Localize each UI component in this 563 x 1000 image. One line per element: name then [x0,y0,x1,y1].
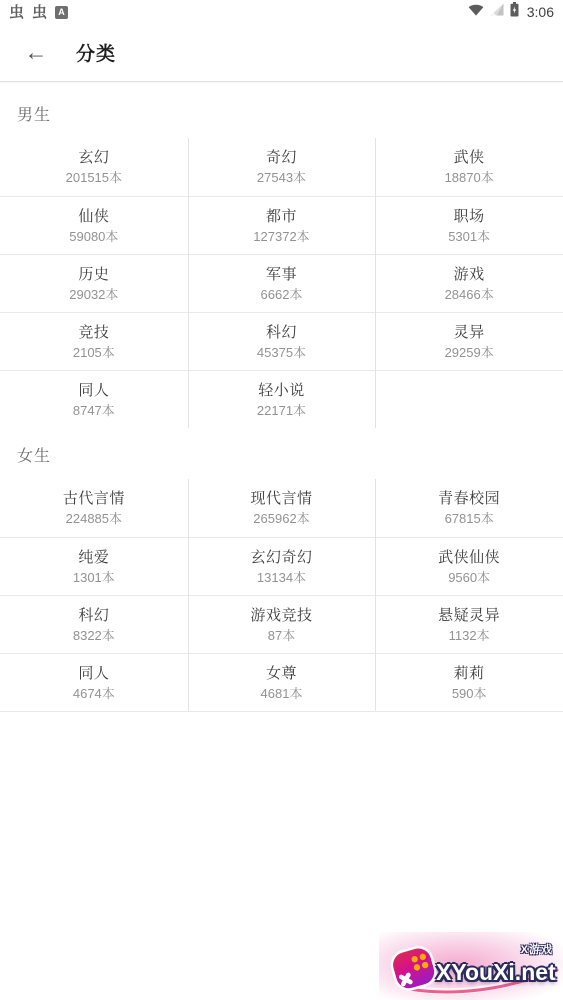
category-name: 奇幻 [266,148,297,168]
category-cell-wuxia[interactable]: 武侠 18870本 [375,138,563,196]
category-count: 6662本 [261,286,303,303]
vertical-divider [188,138,189,428]
category-cell-youxijingji[interactable]: 游戏竞技 87本 [188,595,376,653]
back-button[interactable]: ← [18,35,54,71]
category-cell-junshi[interactable]: 军事 6662本 [188,254,376,312]
notification-icon-chong-1: 虫 [9,5,24,20]
vertical-divider [375,479,376,711]
category-cell-qihuan[interactable]: 奇幻 27543本 [188,138,376,196]
notification-area: 虫 虫 A [9,5,68,20]
back-arrow-icon: ← [25,39,48,66]
female-category-grid: 古代言情 224885本 现代言情 265962本 青春校园 67815本 纯爱… [0,479,563,712]
category-count: 8747本 [73,402,115,419]
category-count: 67815本 [445,510,494,527]
category-name: 仙侠 [78,207,109,227]
vertical-divider [188,479,189,711]
category-name: 玄幻奇幻 [250,548,312,568]
male-category-grid: 玄幻 201515本 奇幻 27543本 武侠 18870本 仙侠 59080本… [0,138,563,428]
category-count: 2105本 [73,344,115,361]
category-cell-chunai[interactable]: 纯爱 1301本 [0,537,188,595]
xyouxi-watermark: X游戏 XYouXi.net [383,936,563,1000]
status-bar: 虫 虫 A 3:06 [0,0,563,24]
category-cell-tongren[interactable]: 同人 8747本 [0,370,188,428]
category-name: 职场 [454,207,485,227]
category-cell-kehuan[interactable]: 科幻 45375本 [188,312,376,370]
category-count: 265962本 [253,510,309,527]
category-count: 8322本 [73,627,115,644]
category-name: 悬疑灵异 [438,606,500,626]
category-count: 18870本 [445,169,494,186]
category-name: 青春校园 [438,489,500,509]
category-name: 游戏竞技 [250,606,312,626]
category-name: 灵异 [454,323,485,343]
category-cell-xiandaiyanqing[interactable]: 现代言情 265962本 [188,479,376,537]
category-name: 同人 [78,381,109,401]
category-count: 4681本 [261,685,303,702]
category-name: 科幻 [266,323,297,343]
category-cell-wuxiaxianxia[interactable]: 武侠仙侠 9560本 [375,537,563,595]
category-name: 游戏 [454,265,485,285]
notification-icon-a-badge: A [55,6,68,19]
category-cell-qingchunxiaoyuan[interactable]: 青春校园 67815本 [375,479,563,537]
category-count: 29032本 [69,286,118,303]
watermark-site-text: XYouXi.net [436,959,556,986]
page-title: 分类 [76,39,116,66]
category-cell-zhichang[interactable]: 职场 5301本 [375,196,563,254]
wifi-icon [468,3,484,21]
category-count: 27543本 [257,169,306,186]
category-name: 轻小说 [258,381,305,401]
category-cell-xuanyilingyi[interactable]: 悬疑灵异 1132本 [375,595,563,653]
category-cell-dushi[interactable]: 都市 127372本 [188,196,376,254]
category-name: 武侠 [454,148,485,168]
category-count: 1301本 [73,569,115,586]
watermark-badge-text: X游戏 [521,941,553,957]
category-cell-youxi[interactable]: 游戏 28466本 [375,254,563,312]
category-count: 5301本 [448,228,490,245]
system-status-area: 3:06 [468,2,554,22]
category-count: 22171本 [257,402,306,419]
category-count: 45375本 [257,344,306,361]
category-cell-nvzun[interactable]: 女尊 4681本 [188,653,376,711]
cellular-no-signal-icon [490,3,504,21]
category-name: 莉莉 [454,664,485,684]
category-cell-kehuan-f[interactable]: 科幻 8322本 [0,595,188,653]
category-cell-xianxia[interactable]: 仙侠 59080本 [0,196,188,254]
section-label-male: 男生 [0,82,563,138]
category-cell-qingxiaoshuo[interactable]: 轻小说 22171本 [188,370,376,428]
category-count: 1132本 [449,627,490,644]
category-cell-lishi[interactable]: 历史 29032本 [0,254,188,312]
status-time: 3:06 [527,4,554,20]
category-name: 武侠仙侠 [438,548,500,568]
category-cell-lili[interactable]: 莉莉 590本 [375,653,563,711]
category-count: 127372本 [253,228,309,245]
category-name: 历史 [78,265,109,285]
category-cell-xuanhuanqihuan[interactable]: 玄幻奇幻 13134本 [188,537,376,595]
app-bar: ← 分类 [0,24,563,82]
category-name: 军事 [266,265,297,285]
category-count: 28466本 [445,286,494,303]
vertical-divider [375,138,376,428]
category-cell-lingyi[interactable]: 灵异 29259本 [375,312,563,370]
category-name: 科幻 [78,606,109,626]
game-controller-icon [385,939,441,997]
category-name: 同人 [78,664,109,684]
category-name: 玄幻 [78,148,109,168]
category-name: 现代言情 [250,489,312,509]
category-count: 4674本 [73,685,115,702]
category-count: 13134本 [257,569,306,586]
category-name: 竞技 [78,323,109,343]
battery-charging-icon [510,2,519,22]
category-count: 59080本 [69,228,118,245]
category-name: 古代言情 [63,489,125,509]
category-name: 纯爱 [78,548,109,568]
category-cell-gudaiyanqing[interactable]: 古代言情 224885本 [0,479,188,537]
notification-icon-chong-2: 虫 [32,5,47,20]
category-count: 590本 [452,685,487,702]
category-cell-empty [375,370,563,428]
category-cell-tongren-f[interactable]: 同人 4674本 [0,653,188,711]
category-count: 201515本 [66,169,122,186]
category-name: 都市 [266,207,297,227]
category-count: 9560本 [448,569,490,586]
category-cell-xuanhuan[interactable]: 玄幻 201515本 [0,138,188,196]
category-count: 29259本 [445,344,494,361]
category-count: 224885本 [66,510,122,527]
section-label-female: 女生 [0,428,563,479]
category-count: 87本 [268,627,295,644]
category-cell-jingji[interactable]: 竞技 2105本 [0,312,188,370]
category-name: 女尊 [266,664,297,684]
